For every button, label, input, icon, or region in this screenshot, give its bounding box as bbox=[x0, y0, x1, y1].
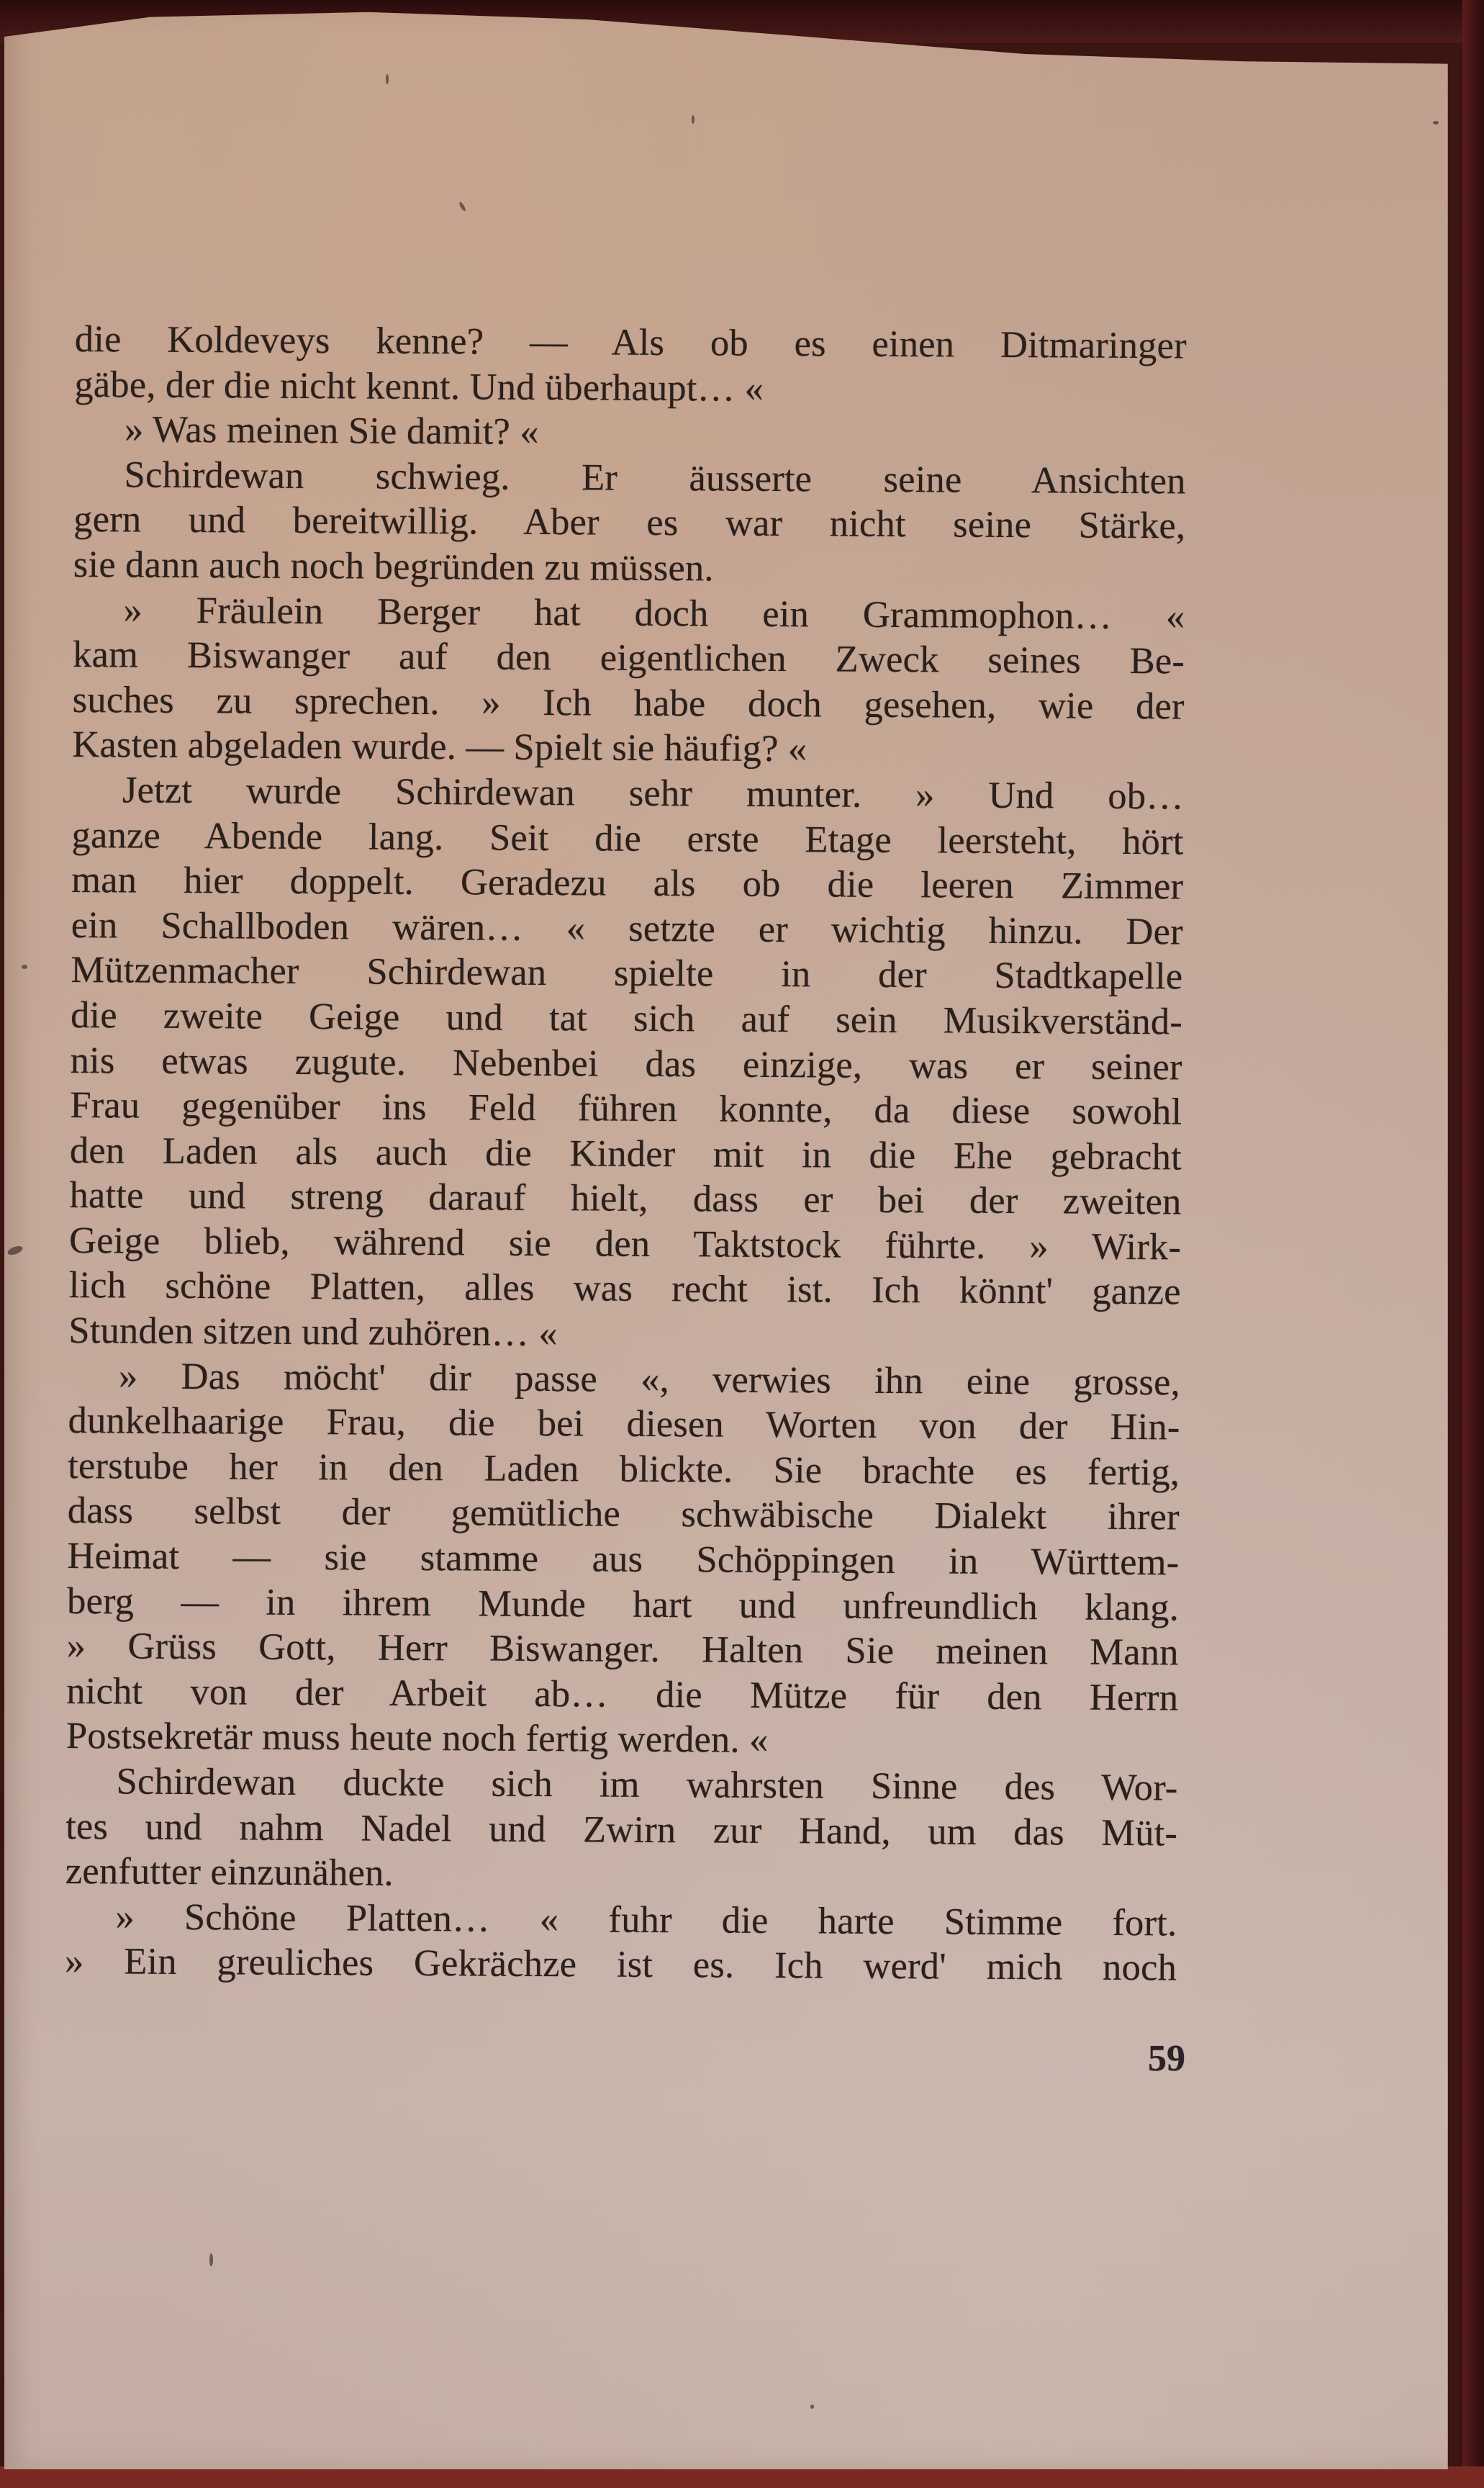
text-line: » Grüss Gott, Herr Biswanger. Halten Sie… bbox=[67, 1623, 1179, 1675]
text-line: » Fräulein Berger hat doch ein Grammopho… bbox=[73, 587, 1185, 639]
text-line: kam Biswanger auf den eigentlichen Zweck… bbox=[73, 632, 1185, 684]
text-line: Stunden sitzen und zuhören… « bbox=[68, 1308, 1180, 1360]
book-cover-right-edge bbox=[1462, 0, 1484, 2488]
text-line: » Ein greuliches Gekrächze ist es. Ich w… bbox=[65, 1939, 1177, 1991]
paper-speck bbox=[810, 2404, 814, 2409]
text-line: die Koldeveys kenne? — Als ob es einen D… bbox=[75, 317, 1187, 369]
page-number: 59 bbox=[1148, 2037, 1185, 2080]
paper-speck bbox=[6, 1245, 24, 1257]
text-line: suches zu sprechen. » Ich habe doch gese… bbox=[73, 677, 1185, 729]
text-line: den Laden als auch die Kinder mit in die… bbox=[70, 1128, 1182, 1180]
text-line: » Was meinen Sie damit? « bbox=[74, 407, 1186, 459]
paper-speck bbox=[692, 115, 695, 124]
text-line: nis etwas zugute. Nebenbei das einzige, … bbox=[70, 1037, 1182, 1089]
text-line: tes und nahm Nadel und Zwirn zur Hand, u… bbox=[65, 1804, 1177, 1856]
text-line: Jetzt wurde Schirdewan sehr munter. » Un… bbox=[72, 767, 1184, 819]
text-line: Frau gegenüber ins Feld führen konnte, d… bbox=[70, 1083, 1182, 1135]
text-line: Kasten abgeladen wurde. — Spielt sie häu… bbox=[72, 722, 1184, 774]
text-line: ganze Abende lang. Seit die erste Etage … bbox=[71, 813, 1183, 865]
text-line: » Das möcht' dir passe «, verwies ihn ei… bbox=[68, 1353, 1180, 1405]
text-line: Mützenmacher Schirdewan spielte in der S… bbox=[71, 947, 1182, 999]
text-line: nicht von der Arbeit ab… die Mütze für d… bbox=[66, 1669, 1178, 1721]
paper-speck bbox=[1433, 121, 1439, 125]
text-line: Schirdewan duckte sich im wahrsten Sinne… bbox=[65, 1759, 1177, 1811]
page-body-text: die Koldeveys kenne? — Als ob es einen D… bbox=[65, 317, 1187, 1991]
text-line: sie dann auch noch begründen zu müssen. bbox=[73, 542, 1185, 594]
text-line: Postsekretär muss heute noch fertig werd… bbox=[66, 1713, 1178, 1765]
text-line: terstube her in den Laden blickte. Sie b… bbox=[68, 1443, 1180, 1495]
paper-speck bbox=[458, 202, 466, 212]
text-line: hatte und streng darauf hielt, dass er b… bbox=[69, 1173, 1181, 1225]
text-line: Schirdewan schwieg. Er äusserte seine An… bbox=[73, 452, 1185, 504]
text-line: man hier doppelt. Geradezu als ob die le… bbox=[71, 857, 1183, 909]
paper-speck bbox=[22, 965, 27, 969]
text-line: Heimat — sie stamme aus Schöppingen in W… bbox=[67, 1533, 1179, 1585]
text-line: dunkelhaarige Frau, die bei diesen Worte… bbox=[68, 1398, 1180, 1450]
book-cover-bottom-edge bbox=[0, 2466, 1484, 2488]
text-line: lich schöne Platten, alles was recht ist… bbox=[69, 1263, 1181, 1315]
text-line: Geige blieb, während sie den Taktstock f… bbox=[69, 1218, 1181, 1270]
text-line: gäbe, der die nicht kennt. Und überhaupt… bbox=[74, 362, 1186, 414]
text-line: dass selbst der gemütliche schwäbische D… bbox=[68, 1488, 1180, 1540]
text-line: berg — in ihrem Munde hart und unfreundl… bbox=[67, 1579, 1179, 1631]
paper-speck bbox=[386, 74, 389, 84]
paper-speck bbox=[209, 2253, 213, 2266]
text-line: ein Schallboden wären… « setzte er wicht… bbox=[71, 903, 1183, 955]
text-line: gern und bereitwillig. Aber es war nicht… bbox=[73, 497, 1185, 549]
text-line: die zweite Geige und tat sich auf sein M… bbox=[71, 993, 1182, 1045]
text-line: » Schöne Platten… « fuhr die harte Stimm… bbox=[65, 1894, 1177, 1946]
text-line: zenfutter einzunähen. bbox=[65, 1849, 1177, 1901]
